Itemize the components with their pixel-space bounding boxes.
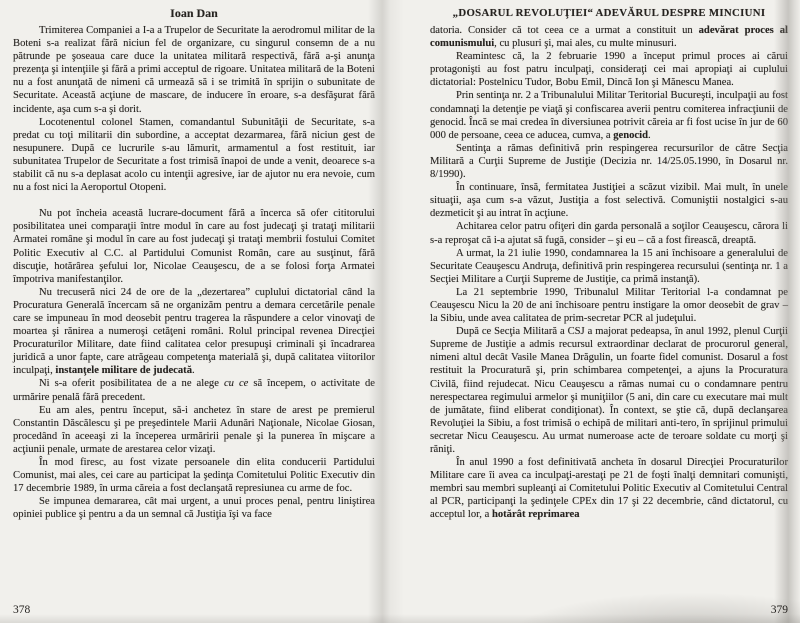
paragraph: După ce Secţia Militară a CSJ a majorat … <box>430 325 788 456</box>
book-scan-spread: Ioan Dan Trimiterea Companiei a I-a a Tr… <box>0 0 800 623</box>
text-run: . <box>648 130 651 141</box>
text-run: A urmat, la 21 iulie 1990, condamnarea l… <box>430 248 788 285</box>
text-run: Prin sentinţa nr. 2 a Tribunalului Milit… <box>430 90 788 140</box>
text-run: Ni s-a oferit posibilitatea de a ne aleg… <box>39 378 224 389</box>
right-page-number: 379 <box>771 604 788 616</box>
text-run: Trimiterea Companiei a I-a a Trupelor de… <box>13 25 375 115</box>
paragraph: Nu pot încheia această lucrare-document … <box>13 207 375 286</box>
left-page-number: 378 <box>13 604 30 616</box>
right-page-text: datoria. Consider că tot ceea ce a urmat… <box>430 24 788 522</box>
text-run: Se impunea demararea, cât mai urgent, a … <box>13 496 375 520</box>
paragraph: A urmat, la 21 iulie 1990, condamnarea l… <box>430 247 788 286</box>
paragraph: Achitarea celor patru ofiţeri din garda … <box>430 220 788 246</box>
paragraph: datoria. Consider că tot ceea ce a urmat… <box>430 24 788 50</box>
text-run: Reamintesc că, la 2 februarie 1990 a înc… <box>430 51 788 88</box>
paragraph: Ni s-a oferit posibilitatea de a ne aleg… <box>13 377 375 403</box>
right-page: „DOSARUL REVOLUŢIEI“ ADEVĂRUL DESPRE MIN… <box>430 0 788 623</box>
text-run: , cu plusuri şi, mai ales, cu multe minu… <box>494 38 676 49</box>
text-run: Sentinţa a rămas definitivă prin resping… <box>430 143 788 180</box>
text-run: instanţele militare de judecată <box>55 365 192 376</box>
paragraph: Reamintesc că, la 2 februarie 1990 a înc… <box>430 50 788 89</box>
text-run: cu ce <box>224 378 248 389</box>
paragraph: Eu am ales, pentru început, să-i anchete… <box>13 404 375 456</box>
paragraph: La 21 septembrie 1990, Tribunalul Milita… <box>430 286 788 325</box>
paragraph: În anul 1990 a fost definitivată ancheta… <box>430 456 788 521</box>
text-run: Locotenentul colonel Stamen, comandantul… <box>13 117 375 193</box>
paragraph: Prin sentinţa nr. 2 a Tribunalului Milit… <box>430 89 788 141</box>
paragraph: Trimiterea Companiei a I-a a Trupelor de… <box>13 24 375 116</box>
paragraph: În continuare, însă, fermitatea Justiţie… <box>430 181 788 220</box>
paragraph: Nu trecuseră nici 24 de ore de la „dezer… <box>13 286 375 378</box>
left-running-head: Ioan Dan <box>13 0 375 24</box>
text-run: Nu pot încheia această lucrare-document … <box>13 208 375 284</box>
text-run: datoria. Consider că tot ceea ce a urmat… <box>430 25 699 36</box>
text-run: În mod firesc, au fost vizate persoanele… <box>13 457 375 494</box>
text-run: . <box>192 365 195 376</box>
text-run: hotărât reprimarea <box>492 509 580 520</box>
text-run: Eu am ales, pentru început, să-i anchete… <box>13 405 375 455</box>
text-run: În anul 1990 a fost definitivată ancheta… <box>430 457 788 520</box>
left-page-text: Trimiterea Companiei a I-a a Trupelor de… <box>13 24 375 521</box>
left-page: Ioan Dan Trimiterea Companiei a I-a a Tr… <box>13 0 375 623</box>
paragraph: Se impunea demararea, cât mai urgent, a … <box>13 495 375 521</box>
paragraph: Sentinţa a rămas definitivă prin resping… <box>430 142 788 181</box>
paragraph: În mod firesc, au fost vizate persoanele… <box>13 456 375 495</box>
text-run: După ce Secţia Militară a CSJ a majorat … <box>430 326 788 455</box>
right-running-head: „DOSARUL REVOLUŢIEI“ ADEVĂRUL DESPRE MIN… <box>430 0 788 24</box>
text-run: În continuare, însă, fermitatea Justiţie… <box>430 182 788 219</box>
text-run: Nu trecuseră nici 24 de ore de la „dezer… <box>13 287 375 377</box>
text-run: genocid <box>613 130 648 141</box>
paragraph: Locotenentul colonel Stamen, comandantul… <box>13 116 375 195</box>
text-run: Achitarea celor patru ofiţeri din garda … <box>430 221 788 245</box>
text-run: La 21 septembrie 1990, Tribunalul Milita… <box>430 287 788 324</box>
